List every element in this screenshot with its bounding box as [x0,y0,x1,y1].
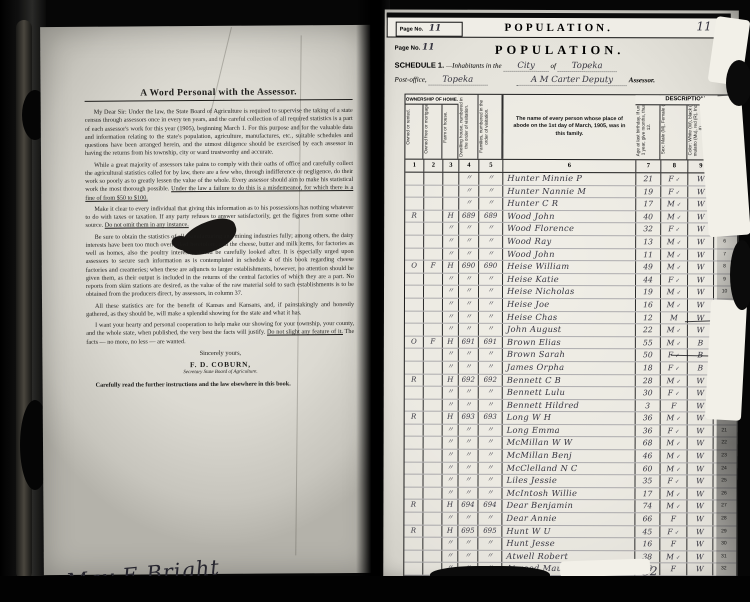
cell-family: 〃 [478,399,502,411]
cell-dwelling: 694 [457,500,477,512]
tally-check: ✓ [676,442,681,448]
cell-free [423,248,442,260]
cell-farm: H [442,261,458,273]
letter-paragraph: I want your hearty and personal cooperat… [86,320,354,347]
cell-name: Wood John [502,248,635,260]
form-title: POPULATION. [395,43,725,59]
cell-sex: M [660,312,687,324]
post-office-line: Post-office, Topeka A M Carter Deputy As… [395,75,656,86]
cell-farm: 〃 [442,236,458,248]
tally-check: ✓ [676,379,681,385]
place-name-handwritten: Topeka [558,61,617,72]
cell-color: W [687,274,713,286]
cell-sex: F✓ [660,274,687,286]
column-number-row: 123456789 [405,160,737,174]
cell-color: W [686,488,712,500]
table-row: 〃〃〃Bennett Hildred3FW19 [405,399,737,412]
table-row: 〃〃〃Wood John11M✓W7 [405,248,737,261]
cell-sex: M✓ [660,375,687,387]
tally-check: ✓ [677,253,682,259]
tally-check: ✓ [677,215,682,221]
cell-dwelling: 〃 [457,488,477,500]
cell-dwelling: 〃 [458,248,478,260]
cell-owned [405,349,423,361]
cell-farm: 〃 [442,273,458,285]
cell-sex: M✓ [660,236,687,248]
cell-owned: O [405,261,423,273]
cell-sex: M✓ [659,551,686,563]
cell-free [422,487,441,499]
cell-age: 19 [635,287,660,299]
cell-age: 49 [635,261,660,273]
cell-line: 22 [713,438,735,450]
letter-signer-title: Secretary State Board of Agriculture. [86,369,354,376]
table-row: 〃〃Hunter Minnie P21F✓W1 [405,173,737,186]
cell-owned: R [404,500,422,512]
tally-check: ✓ [675,429,680,435]
cell-dwelling: 〃 [458,311,478,323]
cell-name: Bennett Hildred [502,400,635,412]
cell-name: Hunt W U [501,525,634,537]
cell-family: 694 [477,500,501,512]
right-page: Page No. 11 POPULATION. 11 Page No. 11 P… [383,10,738,581]
cell-dwelling: 〃 [458,223,478,235]
cell-sex: F✓ [660,173,687,185]
cell-color: W [686,501,712,513]
cell-farm: H [441,525,457,537]
edge-dark-mark [726,60,750,106]
cell-name: Liles Jessie [501,475,634,487]
cell-age: 11 [635,249,660,261]
cell-color: W [687,299,713,311]
cell-family: 〃 [478,349,502,361]
tally-check: ✓ [676,555,681,561]
column-number: 6 [502,160,635,172]
cell-free [423,437,442,449]
column-number: 7 [635,160,660,172]
column-header-dwelling: Dwelling house, numbered in the order of… [458,95,478,159]
cell-age: 45 [634,526,659,538]
cell-free [423,311,442,323]
post-office-value-handwritten: Topeka [428,75,487,86]
cell-owned [405,185,423,197]
cell-name: Brown Elias [502,337,635,349]
cell-line: 28 [712,513,734,525]
cell-dwelling: 〃 [457,538,477,550]
table-row: 〃〃〃Wood Ray13M✓W6 [405,236,737,249]
cell-sex: M✓ [660,450,687,462]
table-row: 〃〃〃Heise Nicholas19M✓W10 [405,286,737,299]
cell-color: W [687,463,713,475]
letter-footnote: Carefully read the further instructions … [87,380,355,389]
cell-owned [405,324,423,336]
cell-family: 〃 [478,324,502,336]
cell-age: 12 [635,312,660,324]
tally-check: ✓ [676,341,681,347]
cell-family: 〃 [478,223,502,235]
cell-family: 〃 [478,274,502,286]
cell-farm: 〃 [442,437,458,449]
cell-owned: R [404,525,422,537]
cell-age: 74 [634,501,659,513]
cell-line: 31 [712,551,734,563]
cell-dwelling: 〃 [458,399,478,411]
cell-name: Heise Joe [502,299,635,311]
cell-sex: F✓ [660,224,687,236]
cell-owned [405,424,423,436]
cell-free [423,299,442,311]
cell-family: 691 [478,337,502,349]
form-header: Page No. 11 POPULATION. SCHEDULE 1. —Inh… [395,43,725,54]
cell-sex: M✓ [660,249,687,261]
cell-owned [405,198,423,210]
cell-free [423,412,442,424]
cell-farm: 〃 [442,299,458,311]
group-header-ownership: OWNERSHIP OF HOME. [405,95,458,105]
cell-sex: M✓ [660,413,687,425]
cell-age: 68 [635,438,660,450]
tally-check: ✓ [675,278,680,284]
cell-sex: M✓ [660,337,687,349]
cell-free [423,236,442,248]
tally-check: ✓ [675,366,680,372]
cell-sex: M✓ [660,324,687,336]
cell-farm: 〃 [442,387,458,399]
tally-check: ✓ [677,202,682,208]
cell-dwelling: 〃 [458,273,478,285]
cell-farm: H [442,412,458,424]
cell-age: 50 [635,350,660,362]
cell-owned [405,437,423,449]
cell-sex: M✓ [659,501,686,513]
cell-color: W [687,287,713,299]
cell-owned [405,361,423,373]
cell-dwelling: 690 [458,261,478,273]
post-office-label: Post-office, [395,76,427,84]
column-number: 2 [423,160,442,172]
cell-dwelling: 〃 [457,475,477,487]
schedule-text: —Inhabitants in the [446,62,502,70]
tally-check: ✓ [676,417,681,423]
cell-name: McIntosh Willie [501,488,634,500]
cell-family: 〃 [477,538,501,550]
cell-owned [405,273,423,285]
cell-sex: M✓ [660,299,687,311]
cell-dwelling: 〃 [458,437,478,449]
cell-age: 44 [635,274,660,286]
cell-farm: 〃 [441,538,457,550]
cell-color: W [686,513,712,525]
table-row: 〃〃〃Bennett Lulu30F✓W18 [405,387,737,400]
cell-owned [404,550,422,562]
cell-owned: O [405,336,423,348]
cell-color: W [686,526,712,538]
cell-free [423,223,442,235]
column-number: 8 [660,160,687,172]
assessor-letter: A Word Personal with the Assessor. My De… [85,87,355,389]
cell-owned [404,513,422,525]
cell-name: Heise Nicholas [502,286,635,298]
cell-dwelling: 〃 [458,387,478,399]
cell-age: 66 [634,513,659,525]
cell-age: 36 [635,412,660,424]
cell-dwelling: 〃 [458,236,478,248]
cell-dwelling: 〃 [458,286,478,298]
cell-farm: 〃 [442,349,458,361]
cell-name: Heise Katie [502,274,635,286]
cell-farm: 〃 [442,311,458,323]
cell-farm: 〃 [442,362,458,374]
cell-dwelling: 691 [458,336,478,348]
letter-text: My Dear Sir: Under the law, the State Bo… [85,107,353,157]
cell-color: W [686,539,712,551]
assessor-name-handwritten: A M Carter Deputy [517,75,627,86]
cell-family: 〃 [478,185,502,197]
cell-family: 〃 [478,299,502,311]
schedule-label: SCHEDULE 1. [395,61,445,70]
cell-age: 21 [635,173,660,185]
cell-sex: M✓ [660,198,687,210]
cell-name: Brown Sarah [502,349,635,361]
cell-color: W [686,551,712,563]
table-row: 〃〃〃McIntosh Willie17M✓W26 [404,487,736,500]
census-table: OWNERSHIP OF HOME. DESCRIPTION. Owned or… [403,94,738,594]
cell-age: 3 [635,400,660,412]
tally-check: ✓ [675,228,680,234]
cell-name: McMillan Benj [502,450,635,462]
cell-free [423,198,442,210]
table-row: 〃〃〃Heise Joe16M✓W11 [405,299,737,312]
column-number: 5 [478,160,502,172]
cell-free [423,399,442,411]
cell-dwelling: 689 [458,211,478,223]
cell-free [422,550,441,562]
tally-check: ✓ [676,177,681,183]
cell-name: Wood Ray [502,236,635,248]
cell-age: 40 [635,211,660,223]
cell-family: 〃 [477,475,501,487]
cell-family: 〃 [478,362,502,374]
cell-owned [404,475,422,487]
cell-age: 16 [634,538,659,550]
of-word: of [551,62,556,70]
cell-dwelling: 〃 [458,450,478,462]
cell-age: 18 [635,362,660,374]
cell-color: W [687,425,713,437]
cell-family: 〃 [478,437,502,449]
cell-line: 23 [713,450,735,462]
cell-sex: F [659,538,686,550]
cell-name: Long Emma [502,425,635,437]
cell-free [423,387,442,399]
assessor-label: Assessor. [629,76,655,84]
place-type-handwritten: City [503,61,548,72]
cell-farm: 〃 [441,551,457,563]
cell-free [423,349,442,361]
cell-family: 〃 [478,425,502,437]
cell-line: 32 [712,564,734,576]
cell-name: Wood John [502,211,635,223]
cell-name: James Orpha [502,362,635,374]
cell-sex: F✓ [660,425,687,437]
cell-color: W [687,236,713,248]
cell-owned [405,173,423,185]
cell-name: McClelland N C [502,463,635,475]
table-row: 〃〃〃Heise Katie44F✓W9 [405,273,737,286]
letter-text-underlined: Do not omit them in any instance. [105,221,189,229]
cell-line: 24 [713,463,735,475]
cell-farm: H [442,374,458,386]
cell-dwelling: 〃 [458,349,478,361]
cell-free [423,324,442,336]
cell-dwelling: 〃 [458,299,478,311]
table-row: 〃〃〃Liles Jessie35F✓W25 [404,475,736,488]
cell-age: 13 [635,236,660,248]
cell-age: 22 [635,324,660,336]
cell-owned [404,538,422,550]
cell-owned: R [405,412,423,424]
tally-check: ✓ [675,480,680,486]
cell-name: Hunter C R [502,198,635,210]
cell-name: Bennett C B [502,374,635,386]
cell-name: McMillan W W [502,437,635,449]
cell-family: 〃 [478,198,502,210]
cell-owned [405,387,423,399]
cell-free [423,210,442,222]
tally-check: ✓ [676,492,681,498]
tally-check: ✓ [676,467,681,473]
letter-paragraph: While a great majority of assessors take… [85,159,353,202]
cell-color: W [686,564,712,576]
table-row: 〃〃〃McMillan W W68M✓W22 [405,437,737,450]
cell-age: 17 [634,488,659,500]
cell-free: F [423,336,442,348]
cell-owned [405,299,423,311]
cell-owned [405,399,423,411]
cell-name: Bennett Lulu [502,387,635,399]
cell-age: 60 [635,463,660,475]
cell-age: 19 [635,186,660,198]
cell-line: 25 [712,476,734,488]
cell-owned [405,248,423,260]
cell-family: 〃 [478,311,502,323]
cell-sex: M✓ [660,261,687,273]
tally-check: ✓ [677,303,682,309]
cell-free [423,362,442,374]
tally-check: ✓ [676,505,681,511]
cell-sex: F✓ [660,362,687,374]
cell-free [422,513,441,525]
cell-free [423,450,442,462]
cell-farm: 〃 [441,475,457,487]
cell-sex: F✓ [659,476,686,488]
cell-dwelling: 〃 [458,362,478,374]
letter-paragraph: My Dear Sir: Under the law, the State Bo… [85,107,353,158]
cell-owned [404,563,422,575]
cell-farm: H [441,500,457,512]
cell-color: W [687,261,713,273]
letter-title: A Word Personal with the Assessor. [85,87,353,102]
cell-family: 〃 [478,462,502,474]
table-row: OFH691691Brown Elias55M✓B14 [405,336,737,349]
table-row: OFH690690Heise William49M✓W8 [405,261,737,274]
bottom-torn-paper [560,558,651,577]
cell-farm [442,185,458,197]
cell-family: 〃 [478,286,502,298]
cell-free: F [423,261,442,273]
cell-farm [442,198,458,210]
cell-sex: M✓ [660,287,687,299]
cell-dwelling: 〃 [458,198,478,210]
cell-free [423,173,442,185]
cell-color: W [687,249,713,261]
cell-farm: H [442,336,458,348]
cell-sex: F [659,513,686,525]
cell-sex: F✓ [660,186,687,198]
cell-farm: 〃 [442,450,458,462]
schedule-line: SCHEDULE 1. —Inhabitants in the City of … [395,61,617,72]
cell-owned: R [405,374,423,386]
cell-free [423,425,442,437]
table-header: OWNERSHIP OF HOME. DESCRIPTION. Owned or… [405,95,737,161]
table-row: RH693693Long W H36M✓W20 [405,412,737,425]
table-row: RH692692Bennett C B28M✓W17 [405,374,737,387]
table-row: RH689689Wood John40M✓W4 [405,210,737,223]
cell-line: 27 [712,501,734,513]
column-header-name: The name of every person whose place of … [502,95,635,159]
letter-text: Be sure to obtain the statistics of all … [86,231,354,298]
letter-text-underlined: Do not slight any feature of it. [267,328,343,336]
cell-owned [404,487,422,499]
cell-age: 17 [635,198,660,210]
cell-color: W [687,450,713,462]
tally-check: ✓ [676,328,681,334]
cell-owned [405,311,423,323]
cell-sex: M✓ [660,463,687,475]
cell-line: 6 [713,236,735,248]
letter-closing: Sincerely yours, [86,349,354,358]
census-table-rows: 〃〃Hunter Minnie P21F✓W1〃〃Hunter Nannie M… [404,173,737,577]
cell-family: 〃 [477,488,501,500]
cell-family: 〃 [477,513,501,525]
letter-paragraph: Be sure to obtain the statistics of all … [86,231,354,299]
cell-farm: 〃 [442,248,458,260]
cell-owned [405,286,423,298]
torn-paper-edge [705,299,747,421]
cell-line: 29 [712,526,734,538]
cell-dwelling: 〃 [458,462,478,474]
cell-owned [405,450,423,462]
cell-free [423,374,442,386]
cell-free [423,273,442,285]
cell-name: Long W H [502,412,635,424]
cell-farm: 〃 [442,324,458,336]
cell-farm: H [442,210,458,222]
cell-free [422,525,441,537]
letter-paragraph: Make it clear to every individual that g… [85,204,353,231]
cell-sex: F✓ [659,526,686,538]
table-row: 〃〃〃McClelland N C60M✓W24 [405,462,737,475]
cell-sex: M✓ [660,438,687,450]
cell-dwelling: 〃 [457,551,477,563]
table-row: 〃〃〃Hunt Jesse16FW30 [404,538,736,551]
cell-age: 16 [635,299,660,311]
cell-age: 30 [635,387,660,399]
column-number: 1 [405,160,423,172]
cell-farm: 〃 [441,488,457,500]
cell-color: W [687,438,713,450]
cell-color: W [686,476,712,488]
